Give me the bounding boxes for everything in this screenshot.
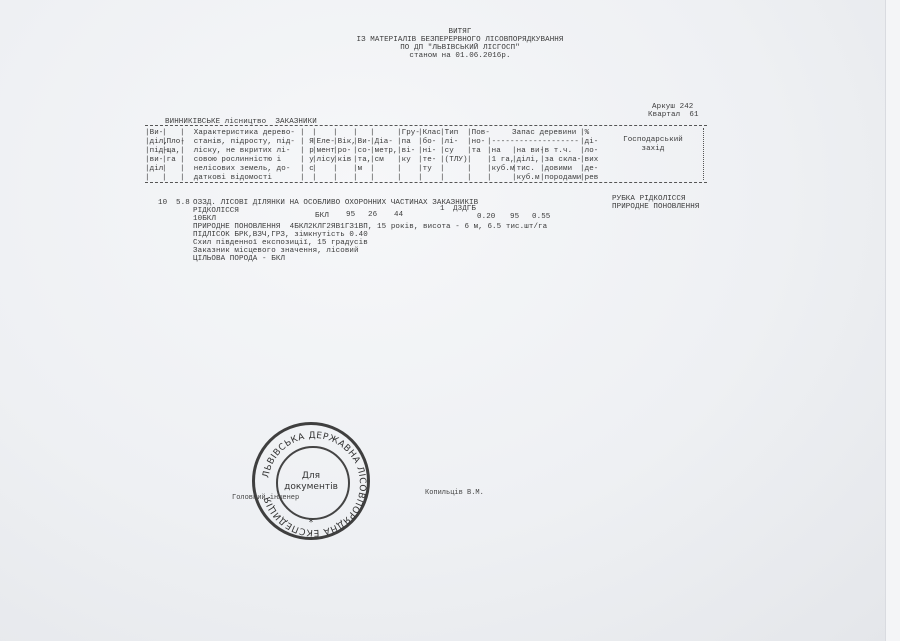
signature-title: Головний інженер xyxy=(232,494,299,502)
record-diameter: 44 xyxy=(394,211,403,220)
col-age-group: |Гру- |па |ві- |ку | | xyxy=(397,129,420,183)
col-stock-by-species: |в т.ч. |за скла- |довими |породами xyxy=(540,147,581,183)
record-stock-ha: 95 xyxy=(510,213,519,222)
record-age: 95 xyxy=(346,211,355,220)
record-bonitet: 1 xyxy=(440,205,445,214)
col-height: | |Ви- |со- |та, |м | xyxy=(353,129,371,183)
col-diameter: | |Діа- |метр, |см | | xyxy=(370,129,398,183)
col-stock-title: Запас деревини xyxy=(512,129,576,138)
col-stock-separator: |------------------- xyxy=(487,138,579,147)
stamp-center-2: документів xyxy=(255,482,367,492)
scanned-document xyxy=(0,0,900,641)
col-pct-business: |% |ді- |ло- |вих |де- |рев xyxy=(580,129,598,183)
stamp-star: * xyxy=(255,518,367,528)
table-top-rule xyxy=(145,125,707,126)
record-area: 5.8 xyxy=(176,199,190,208)
col-measure: Господарський захід xyxy=(612,136,694,154)
record-vydil: 10 xyxy=(158,199,167,208)
quarter-number: Квартал 61 xyxy=(648,111,699,120)
record-density: 0.20 xyxy=(477,213,495,222)
record-height: 26 xyxy=(368,211,377,220)
table-right-border xyxy=(703,128,704,180)
page-edge xyxy=(885,0,900,641)
official-stamp: ЛЬВІВСЬКА ДЕРЖАВНА ЛІСОВПОРЯДНА ЕКСПЕДИЦ… xyxy=(252,422,370,540)
stamp-center-1: Для xyxy=(255,471,367,481)
col-characteristic: | Характеристика дерево- | станів, підро… xyxy=(180,129,295,183)
table-bottom-rule xyxy=(145,182,707,183)
record-measure-2: ПРИРОДНЕ ПОНОВЛЕННЯ xyxy=(612,203,699,212)
record-stock-vydil: 0.55 xyxy=(532,213,550,222)
doc-date: станом на 01.06.2016р. xyxy=(300,52,620,61)
record-element: БКЛ xyxy=(315,212,329,221)
col-stock-per-ha: |на |1 га, |куб.м | xyxy=(487,147,515,183)
col-forest-type: |Тип |лі- |су |(ТЛУ) | | xyxy=(440,129,468,183)
record-tlu: Д3ДГБ xyxy=(453,205,476,214)
col-element: | |Еле- |мент |лісу | | xyxy=(312,129,335,183)
record-target-species: ЦІЛЬОВА ПОРОДА - БКЛ xyxy=(193,255,285,264)
signature-name: Копильців В.М. xyxy=(425,489,484,497)
col-bonitet: |Клас |бо- |ні- |те- |ту | xyxy=(418,129,441,183)
